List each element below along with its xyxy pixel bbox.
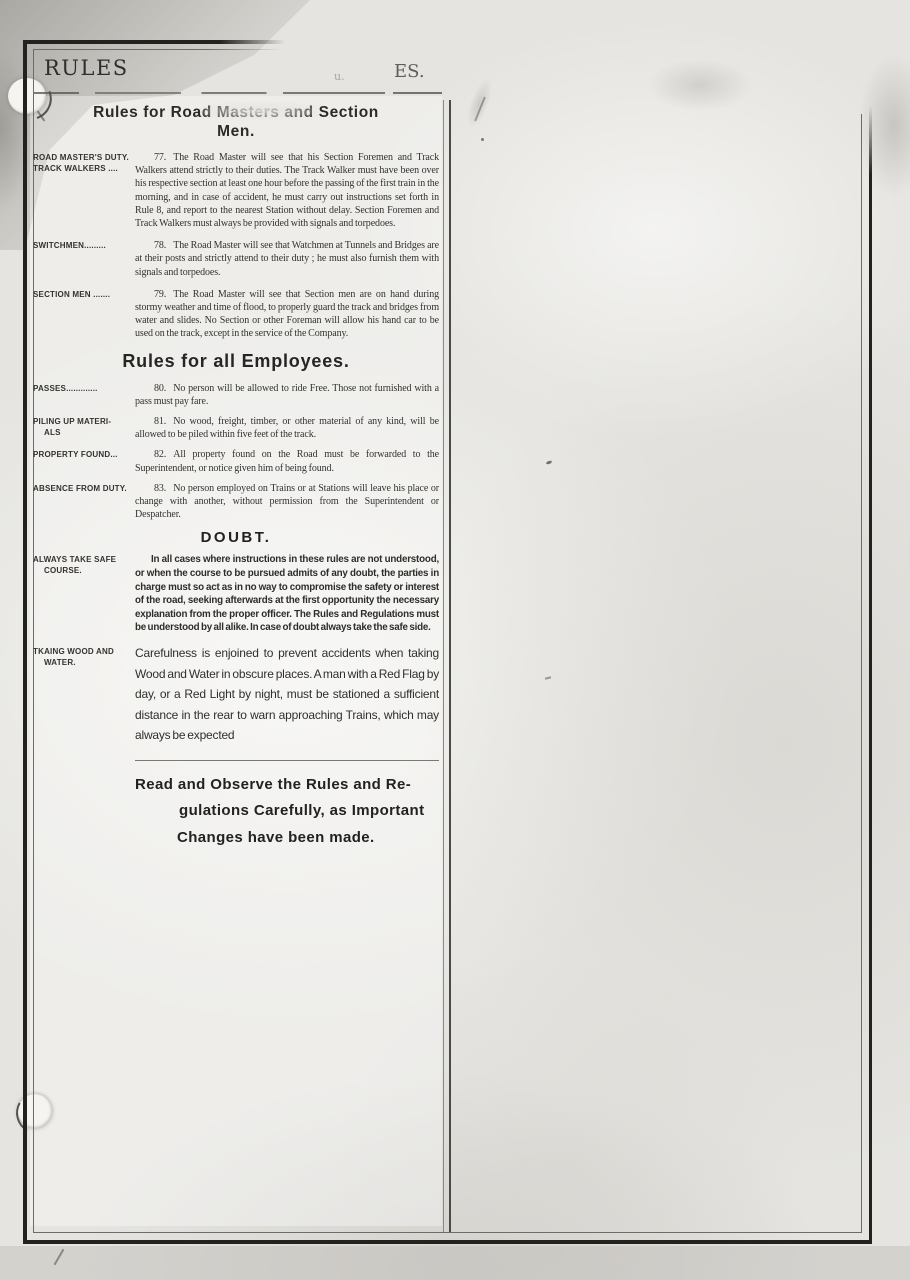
wood-water-text: Carefulness is enjoined to prevent accid… [135,643,439,746]
rule-78-text: 78.The Road Master will see that Watchme… [135,239,439,279]
rule-83-row: ABSENCE FROM DUTY. 83.No person employed… [33,482,439,522]
pen-mark [474,97,486,122]
frame-top-inner [33,49,281,50]
margin-label-piling-up-materials: PILING UP MATERI- ALS [33,415,135,438]
rule-number: 78. [154,240,166,251]
margin-label-absence-from-duty: ABSENCE FROM DUTY. [33,482,135,495]
rule-77-text: 77.The Road Master will see that his Sec… [135,151,439,230]
rule-number: 81. [154,416,166,427]
rule-79-text: 79.The Road Master will see that Section… [135,288,439,341]
rule-83-text: 83.No person employed on Trains or at St… [135,482,439,522]
running-head-faded-fragment: u. [334,70,345,83]
rule-77-row: ROAD MASTER'S DUTY. TRACK WALKERS .... 7… [33,151,439,230]
doubt-text: In all cases where instructions in these… [135,553,439,635]
margin-label-passes: PASSES............. [33,382,135,395]
rule-82-row: PROPERTY FOUND... 82.All property found … [33,448,439,474]
margin-label-property-found: PROPERTY FOUND... [33,448,135,461]
corner-curl-mark [54,1249,65,1266]
closing-notice: Read and Observe the Rules and Re- gulat… [135,772,439,852]
section-heading-road-masters: Rules for Road Masters and Section Men. [33,103,439,141]
rule-80-text: 80.No person will be allowed to ride Fre… [135,382,439,408]
margin-label-always-take-safe-course: ALWAYS TAKE SAFE COURSE. [33,553,135,576]
column-divider-right [449,100,451,1232]
column-divider-left [443,100,444,1232]
rule-number: 82. [154,449,166,460]
section-heading-all-employees: Rules for all Employees. [33,351,439,372]
rule-number: 83. [154,483,166,494]
frame-top-outer [23,40,285,44]
rule-78-row: SWITCHMEN......... 78.The Road Master wi… [33,239,439,279]
margin-label-section-men: SECTION MEN ....... [33,288,135,301]
smudge-top-center [630,50,770,120]
separator-rule [135,760,439,761]
margin-label-taking-wood-and-water: TKAING WOOD AND WATER. [33,643,135,668]
running-head-right-fragment: ES. [394,61,425,82]
closing-line: Read and Observe the Rules and Re- [135,772,439,799]
wood-water-row: TKAING WOOD AND WATER. Carefulness is en… [33,643,439,746]
smudge-divider-top [451,72,503,148]
main-text-column: Rules for Road Masters and Section Men. … [33,100,439,851]
frame-right-outer [869,106,872,1244]
section-heading-doubt: DOUBT. [33,529,439,546]
rule-79-row: SECTION MEN ....... 79.The Road Master w… [33,288,439,341]
running-head-left: RULES [44,56,129,80]
frame-right-inner [861,114,862,1233]
closing-line: Changes have been made. [135,825,439,852]
scanned-rulebook-page: RULES u. ES. Rules for Road Masters and … [0,0,910,1280]
rule-number: 80. [154,383,166,394]
rule-number: 79. [154,289,166,300]
closing-line: gulations Carefully, as Important [135,798,439,825]
bottom-edge-shadow [0,1246,910,1280]
doubt-row: ALWAYS TAKE SAFE COURSE. In all cases wh… [33,553,439,635]
frame-bottom-outer [23,1240,872,1244]
header-rule [34,92,442,94]
margin-label-road-masters-duty: ROAD MASTER'S DUTY. TRACK WALKERS .... [33,151,135,174]
margin-label-switchmen: SWITCHMEN......... [33,239,135,252]
speck-2 [546,460,553,465]
rule-number: 77. [154,152,166,163]
rule-82-text: 82.All property found on the Road must b… [135,448,439,474]
frame-left-outer [23,40,27,1244]
rule-81-row: PILING UP MATERI- ALS 81.No wood, freigh… [33,415,439,441]
heading-line: Men. [33,122,439,141]
heading-line: Rules for Road Masters and Section [33,103,439,122]
rule-81-text: 81.No wood, freight, timber, or other ma… [135,415,439,441]
rule-80-row: PASSES............. 80.No person will be… [33,382,439,408]
speck-3 [545,676,551,679]
frame-bottom-inner [33,1232,862,1233]
speck-1 [481,138,484,141]
